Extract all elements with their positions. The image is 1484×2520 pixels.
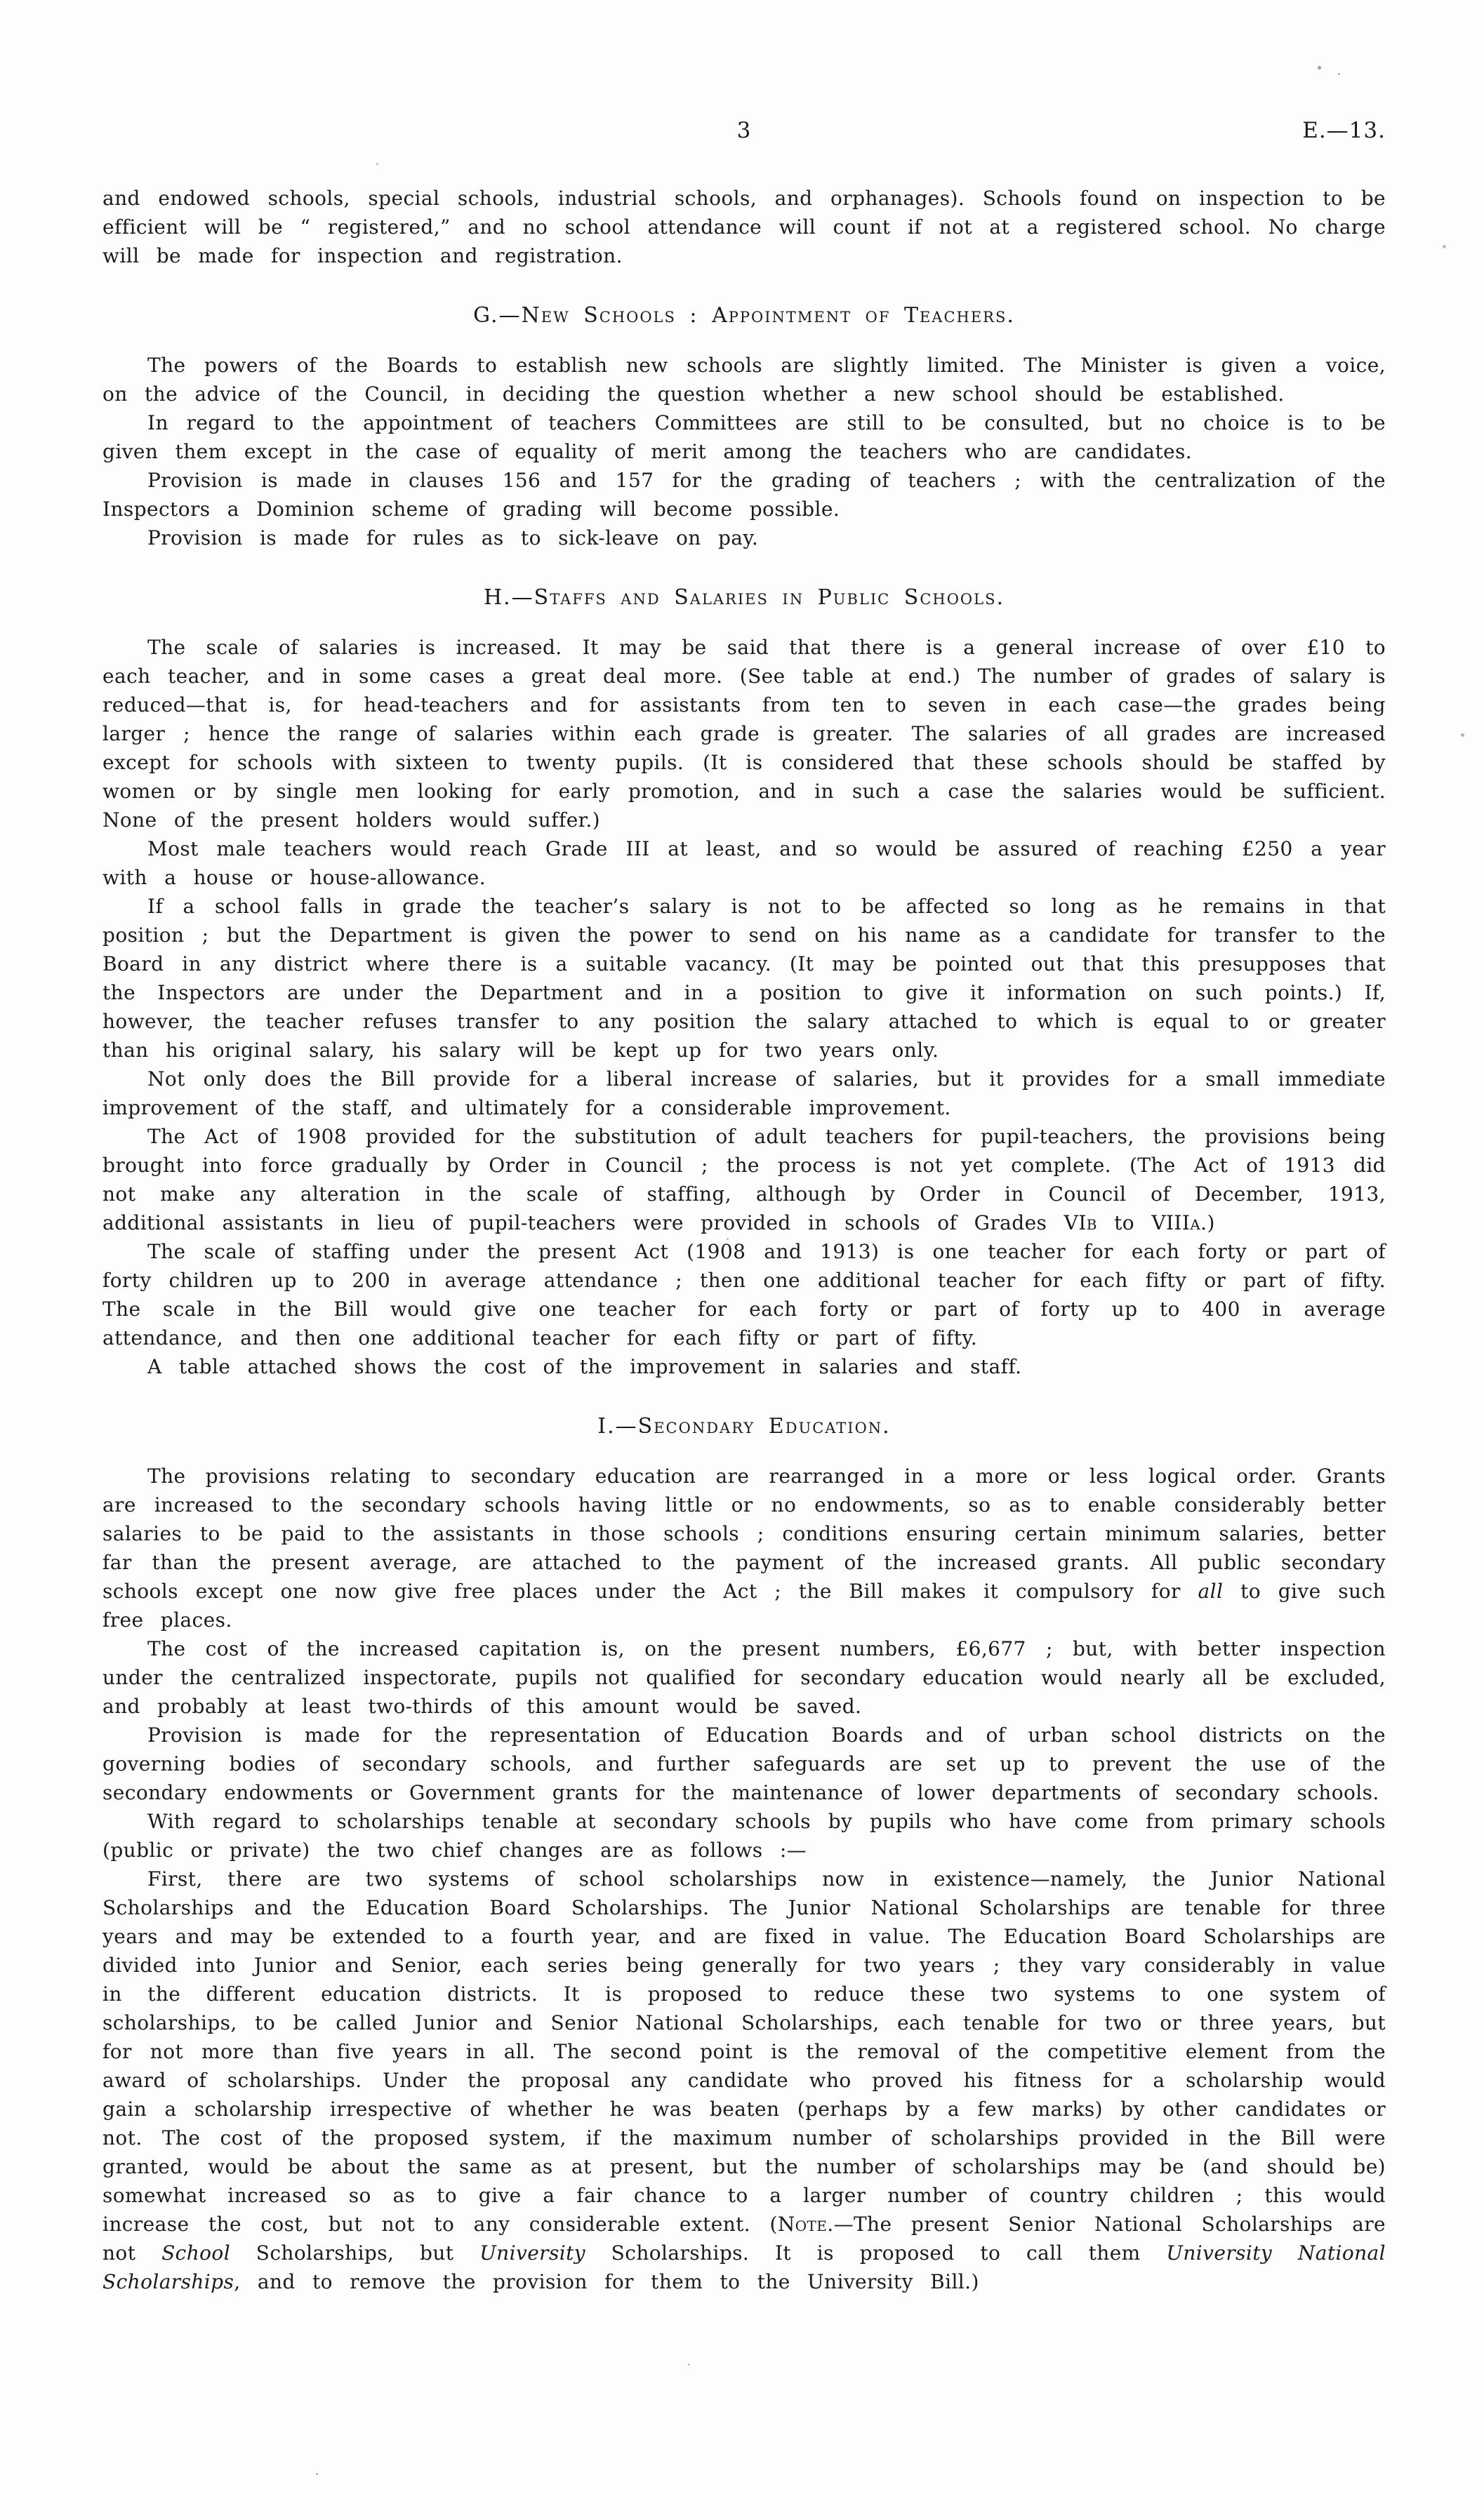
section-heading: I.—Secondary Education. [102, 1412, 1386, 1441]
paragraph: If a school falls in grade the teacher’s… [102, 892, 1386, 1065]
small-caps-text: a [1190, 1211, 1200, 1234]
small-caps-text: ote [795, 2213, 828, 2236]
paragraph: Not only does the Bill provide for a lib… [102, 1065, 1386, 1122]
italic-text: School [161, 2241, 230, 2265]
paragraph: The powers of the Boards to establish ne… [102, 351, 1386, 408]
paragraph: With regard to scholarships tenable at s… [102, 1807, 1386, 1865]
section-heading: G.—New Schools : Appointment of Teachers… [102, 301, 1386, 330]
italic-text: all [1198, 1580, 1224, 1603]
paragraph: First, there are two systems of school s… [102, 1865, 1386, 2296]
document-body: and endowed schools, special schools, in… [102, 184, 1386, 2296]
paragraph: The scale of salaries is increased. It m… [102, 633, 1386, 834]
paragraph: The provisions relating to secondary edu… [102, 1462, 1386, 1634]
paragraph: The cost of the increased capitation is,… [102, 1634, 1386, 1721]
paragraph: A table attached shows the cost of the i… [102, 1352, 1386, 1381]
paragraph: Provision is made in clauses 156 and 157… [102, 466, 1386, 524]
paragraph: Provision is made for rules as to sick-l… [102, 524, 1386, 552]
paragraph: Most male teachers would reach Grade III… [102, 834, 1386, 892]
small-caps-text: b [1087, 1211, 1097, 1234]
section-heading: H.—Staffs and Salaries in Public Schools… [102, 583, 1386, 612]
paragraph: In regard to the appointment of teachers… [102, 408, 1386, 466]
paragraph: and endowed schools, special schools, in… [102, 184, 1386, 270]
document-reference: E.—13. [751, 118, 1386, 143]
italic-text: University [479, 2241, 585, 2265]
paragraph: The Act of 1908 provided for the substit… [102, 1122, 1386, 1237]
paragraph: The scale of staffing under the present … [102, 1237, 1386, 1352]
page-number: 3 [737, 118, 752, 143]
page-header: 3 E.—13. [102, 118, 1386, 143]
document-page: 3 E.—13. and endowed schools, special sc… [0, 0, 1484, 2520]
scan-specks [0, 0, 2, 2]
italic-text: University National Scholarships [102, 2241, 1386, 2293]
paragraph: Provision is made for the representation… [102, 1721, 1386, 1807]
